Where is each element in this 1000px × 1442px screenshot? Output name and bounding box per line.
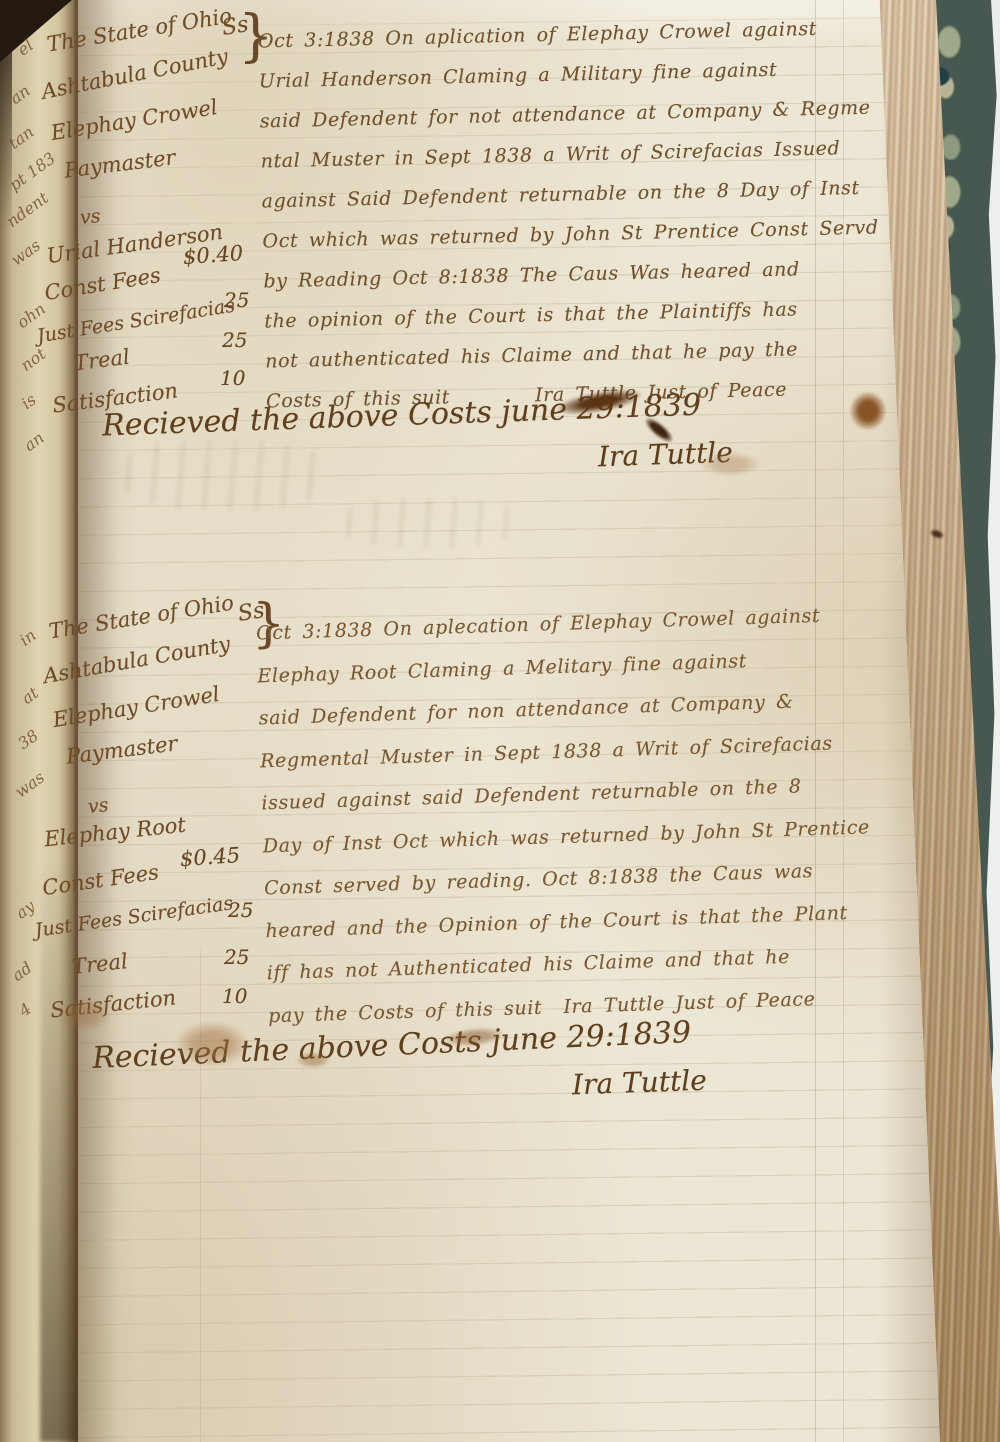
ink-stain: [60, 1000, 110, 1030]
signature: Ira Tuttle: [571, 1064, 707, 1102]
ink-stain: [700, 452, 760, 476]
ink-stain: [850, 392, 886, 430]
ink-stain: [296, 1052, 330, 1068]
caption-versus: vs: [79, 205, 101, 229]
fee-amount: 25: [222, 328, 247, 352]
bleedthrough-ghost: [120, 440, 330, 510]
caption-versus: vs: [87, 794, 109, 818]
ink-stain: [176, 1022, 248, 1066]
fee-amount: 25: [224, 945, 249, 969]
fee-amount: 10: [220, 366, 245, 390]
fee-amount: 25: [228, 898, 253, 922]
record-body-text: Oct 3:1838 On aplecation of Elephay Crow…: [255, 592, 928, 1038]
fee-amount: 25: [224, 288, 249, 312]
fee-amount: 10: [222, 984, 247, 1008]
fee-amount: $0.40: [182, 241, 244, 269]
ledger-photo: el an tan pt 183 ndent was ohn not is an…: [0, 0, 1000, 1442]
record-body-text: Oct 3:1838 On aplication of Elephay Crow…: [258, 7, 927, 422]
bleedthrough-ghost: [340, 498, 520, 548]
book-spine-edge: [0, 0, 12, 230]
fee-amount: $0.45: [179, 843, 241, 871]
